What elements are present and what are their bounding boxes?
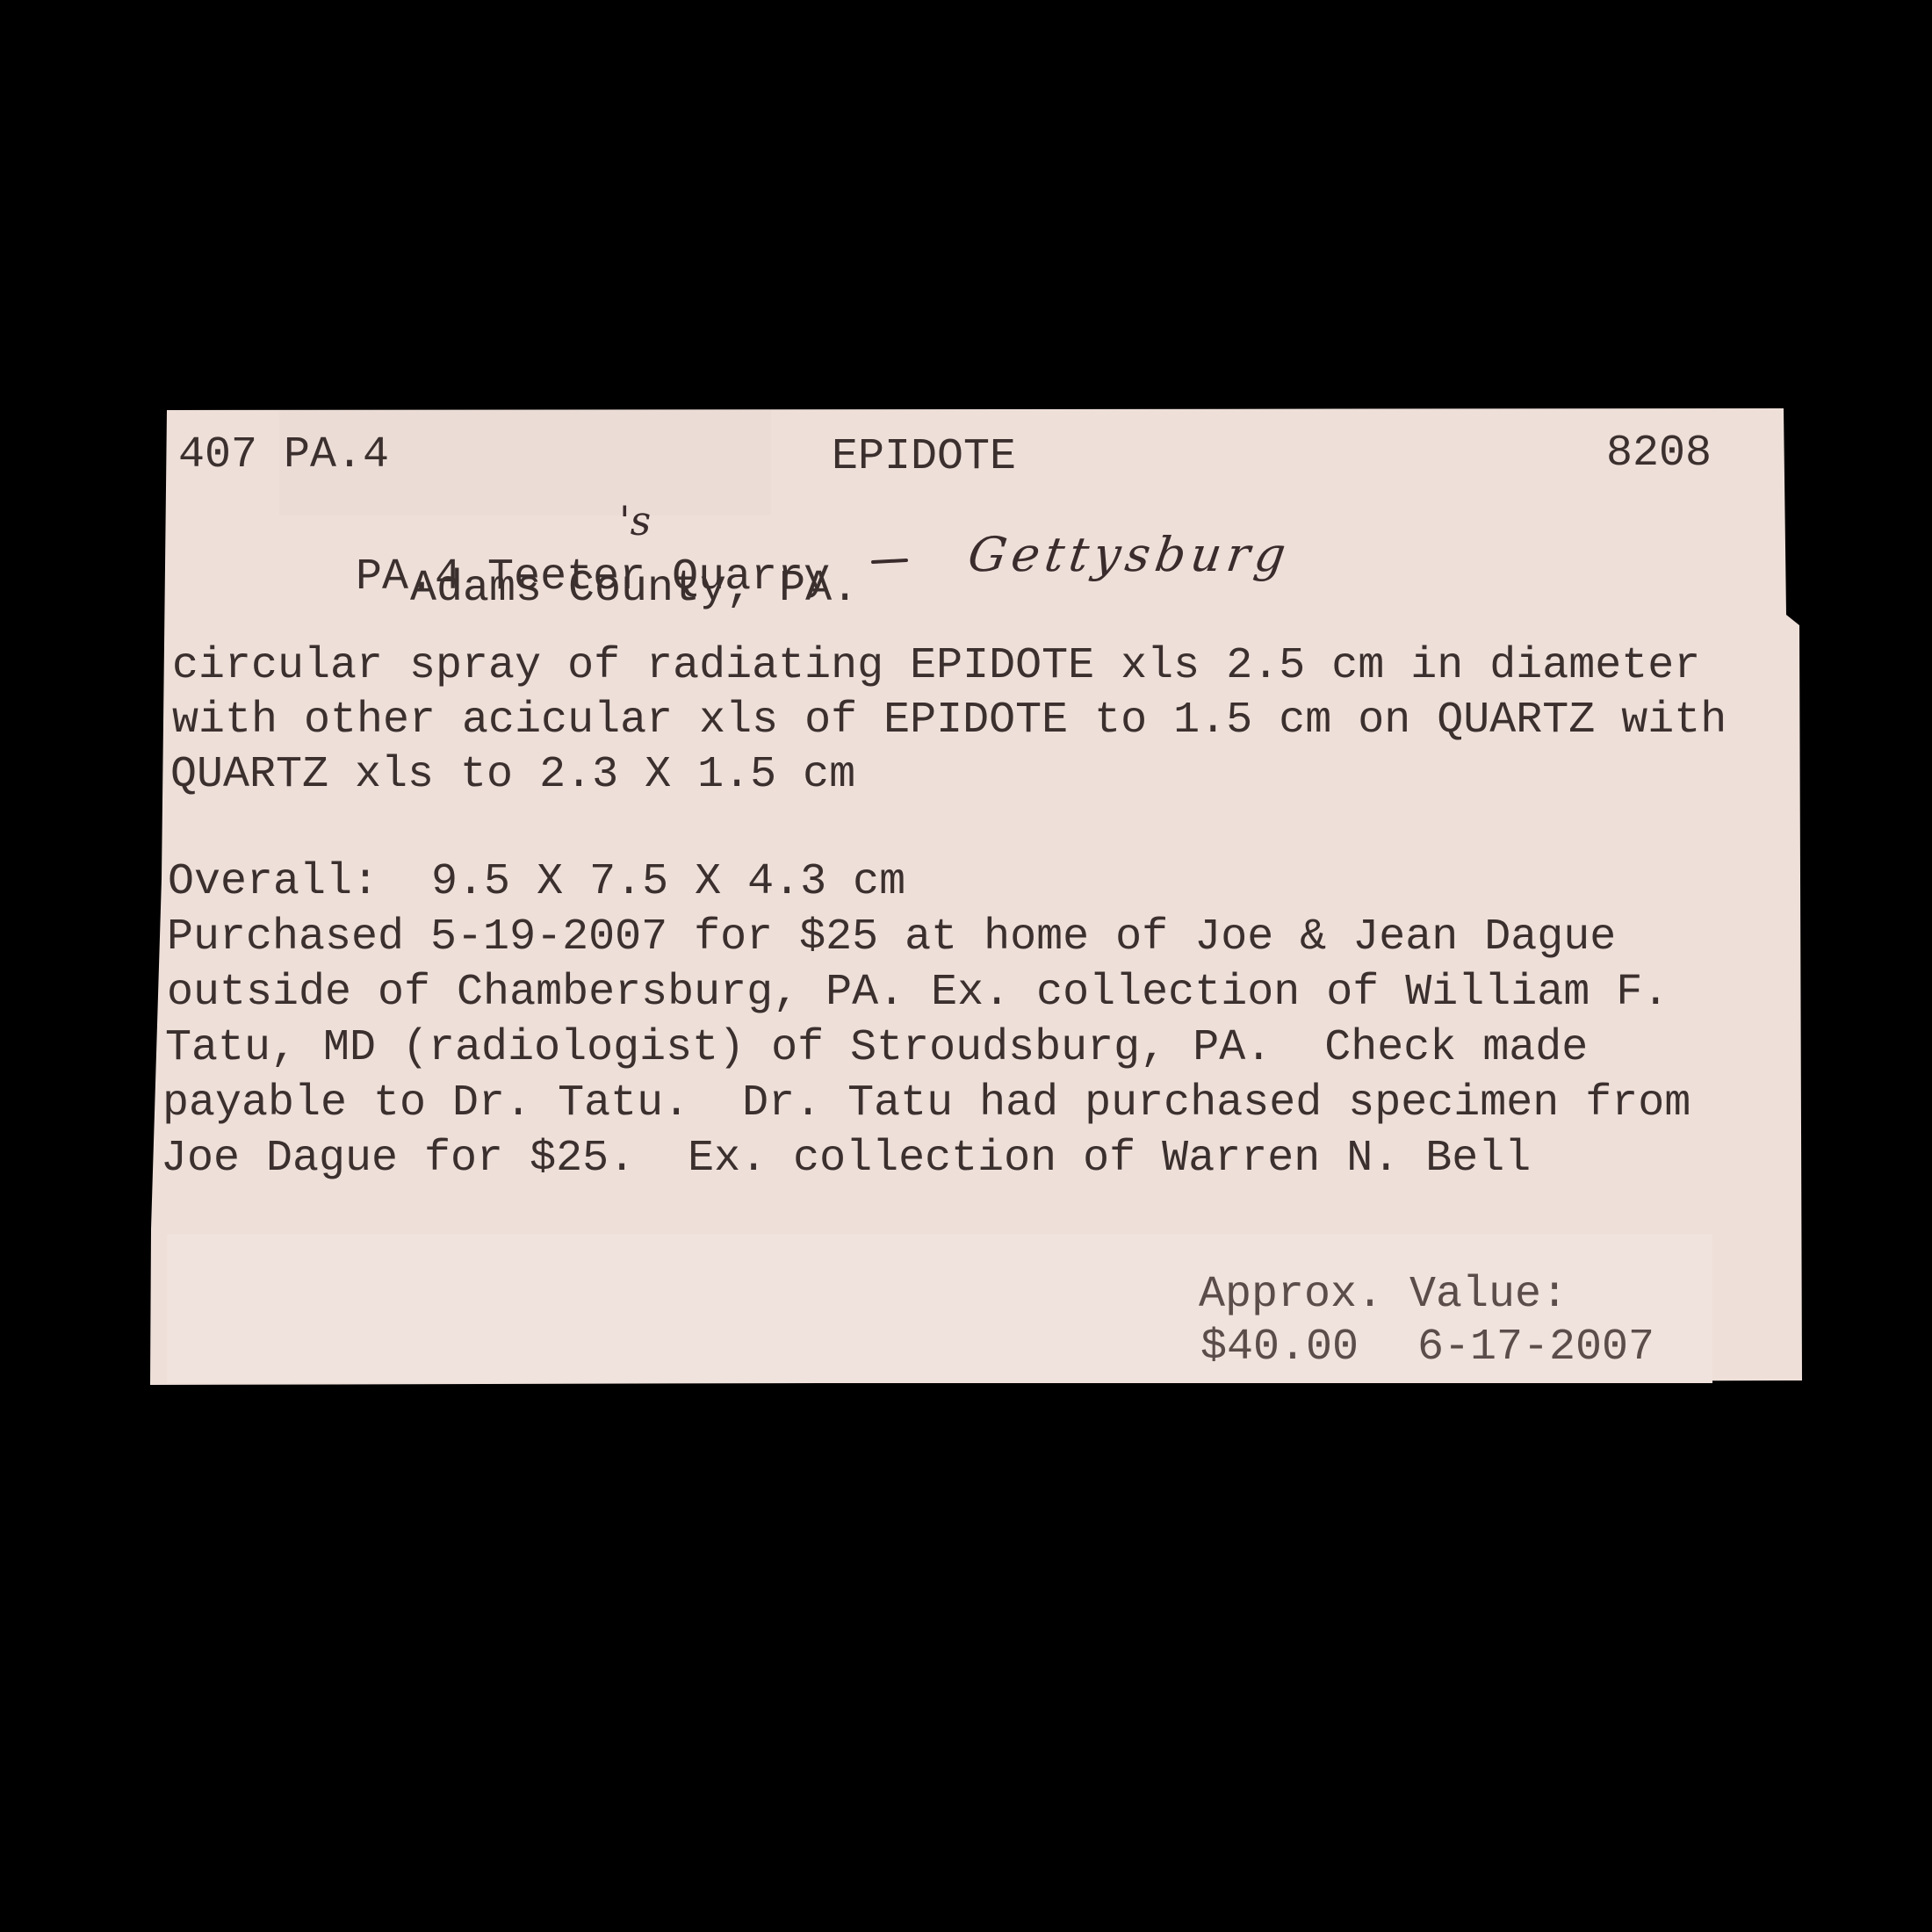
overall-dimensions: Overall: 9.5 X 7.5 X 4.3 cm: [168, 861, 905, 905]
specimen-number: 8208: [1606, 432, 1712, 476]
provenance-line: payable to Dr. Tatu. Dr. Tatu had purcha…: [162, 1082, 1690, 1126]
provenance-line: Joe Dague for $25. Ex. collection of War…: [161, 1137, 1531, 1181]
valuation-date: 6-17-2007: [1417, 1326, 1654, 1370]
locality-line-2: Adams County, PA.: [410, 567, 858, 611]
approx-value-label: Approx. Value:: [1199, 1273, 1568, 1317]
provenance-line: Tatu, MD (radiologist) of Stroudsburg, P…: [165, 1027, 1588, 1071]
specimen-label-card: 407 PA.4 EPIDOTE 8208 PA.4 TeeterQuarry …: [0, 0, 1932, 1932]
description-line: with other acicular xls of EPIDOTE to 1.…: [172, 699, 1727, 743]
description-line: circular spray of radiating EPIDOTE xls …: [172, 645, 1700, 688]
description-line: QUARTZ xls to 2.3 X 1.5 cm: [170, 753, 855, 797]
catalog-id: 407 PA.4: [178, 434, 389, 478]
provenance-line: outside of Chambersburg, PA. Ex. collect…: [167, 971, 1669, 1015]
paper-card: [0, 0, 1932, 1932]
handwritten-note: Gettysburg: [965, 527, 1294, 582]
provenance-line: Purchased 5-19-2007 for $25 at home of J…: [167, 916, 1616, 960]
approx-value-amount: $40.00: [1200, 1326, 1359, 1370]
handwritten-possessive: 's: [619, 497, 651, 544]
mineral-name: EPIDOTE: [832, 436, 1016, 479]
